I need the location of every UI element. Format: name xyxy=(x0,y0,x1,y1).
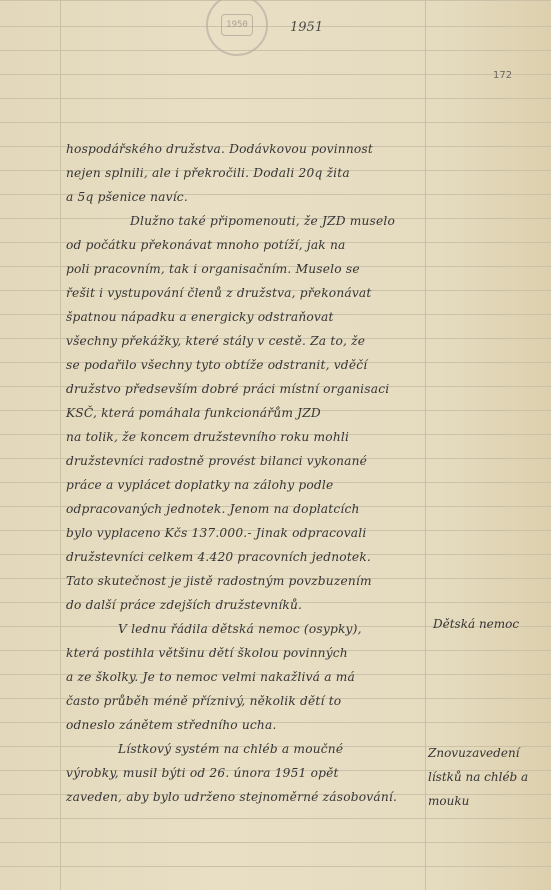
margin-note-ration-cards: Znovuzavedení lístků na chléb a mouku xyxy=(428,741,546,813)
text-line: družstevníci celkem 4.420 pracovních jed… xyxy=(66,550,371,564)
page-number: 172 xyxy=(493,70,512,81)
text-line: nejen splnili, ale i překročili. Dodali … xyxy=(66,166,350,180)
text-line: bylo vyplaceno Kčs 137.000.- Jinak odpra… xyxy=(66,526,366,540)
text-line: zaveden, aby bylo udrženo stejnoměrné zá… xyxy=(66,790,397,804)
right-margin-rule xyxy=(425,0,426,890)
text-line: do další práce zdejších družstevníků. xyxy=(66,598,302,612)
text-line: družstevníci radostně provést bilanci vy… xyxy=(66,454,367,468)
text-line: Tato skutečnost je jistě radostným povzb… xyxy=(66,574,372,588)
text-line: práce a vyplácet doplatky na zálohy podl… xyxy=(66,478,333,492)
text-line: se podařilo všechny tyto obtíže odstrani… xyxy=(66,358,367,372)
text-line: která postihla většinu dětí školou povin… xyxy=(66,646,348,660)
text-line: KSČ, která pomáhala funkcionářům JZD xyxy=(66,406,321,420)
text-line: špatnou nápadku a energicky odstraňovat xyxy=(66,310,334,324)
text-line: řešit i vystupování členů z družstva, př… xyxy=(66,286,372,300)
year-annotation: 1951 xyxy=(290,20,323,35)
text-line: odpracovaných jednotek. Jenom na doplatc… xyxy=(66,502,360,516)
left-margin-rule xyxy=(60,0,61,890)
text-line: a 5q pšenice navíc. xyxy=(66,190,188,204)
text-line: Lístkový systém na chléb a moučné xyxy=(118,742,343,756)
text-line: družstvo předsevším dobré práci místní o… xyxy=(66,382,389,396)
margin-note-childrens-disease: Dětská nemoc xyxy=(433,617,519,631)
text-line: výrobky, musil býti od 26. února 1951 op… xyxy=(66,766,339,780)
text-line: od počátku překonávat mnoho potíží, jak … xyxy=(66,238,345,252)
text-line: odneslo zánětem středního ucha. xyxy=(66,718,277,732)
text-line: V lednu řádila dětská nemoc (osypky), xyxy=(118,622,362,636)
text-line: všechny překážky, které stály v cestě. Z… xyxy=(66,334,365,348)
text-line: hospodářského družstva. Dodávkovou povin… xyxy=(66,142,373,156)
stamp-text: 1950 xyxy=(221,14,253,36)
text-line: poli pracovním, tak i organisačním. Muse… xyxy=(66,262,360,276)
text-line: a ze školky. Je to nemoc velmi nakažlivá… xyxy=(66,670,355,684)
text-line: Dlužno také připomenouti, že JZD muselo xyxy=(130,214,395,228)
text-line: na tolik, že koncem družstevního roku mo… xyxy=(66,430,349,444)
text-line: často průběh méně příznivý, několik dětí… xyxy=(66,694,341,708)
